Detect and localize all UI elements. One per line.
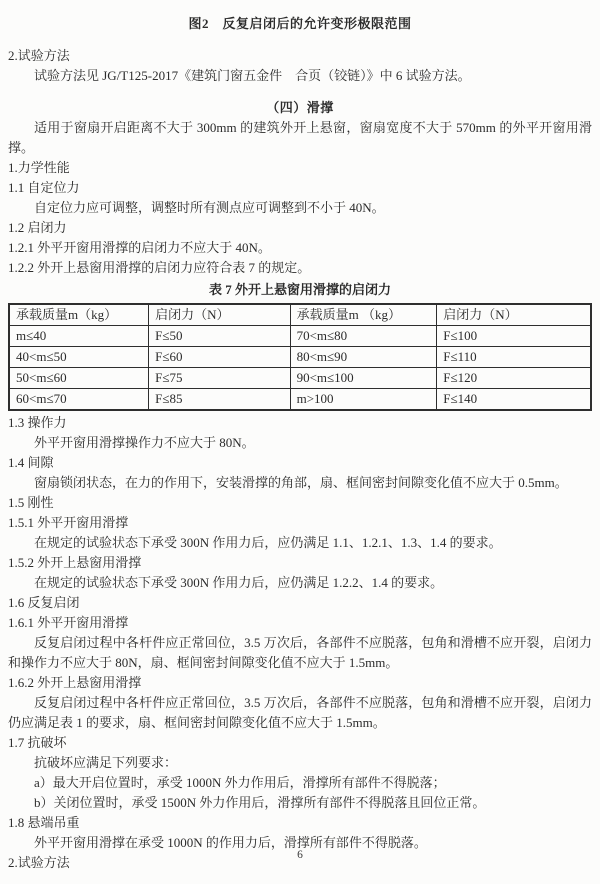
table-cell: m>100: [290, 389, 437, 411]
table-cell: F≤75: [149, 368, 290, 389]
clause-1-2-heading: 1.2 启闭力: [8, 218, 592, 238]
test-method-reference: 试验方法见 JG/T125-2017《建筑门窗五金件 合页（铰链）》中 6 试验…: [8, 66, 592, 86]
table-7: 承载质量m（kg） 启闭力（N） 承载质量m （kg） 启闭力（N） m≤40 …: [8, 303, 592, 411]
page-number: 6: [0, 849, 600, 861]
clause-1-2-2: 1.2.2 外开上悬窗用滑撑的启闭力应符合表 7 的规定。: [8, 258, 592, 278]
table-cell: F≤85: [149, 389, 290, 411]
table-cell: F≤140: [437, 389, 591, 411]
clause-1-5-heading: 1.5 刚性: [8, 493, 592, 513]
clause-1-3-heading: 1.3 操作力: [8, 413, 592, 433]
clause-1-3-body: 外平开窗用滑撑操作力不应大于 80N。: [8, 433, 592, 453]
clause-1-7-item-b: b）关闭位置时，承受 1500N 外力作用后，滑撑所有部件不得脱落且回位正常。: [8, 793, 592, 813]
clause-1-6-2-body: 反复启闭过程中各杆件应正常回位，3.5 万次后，各部件不应脱落，包角和滑槽不应开…: [8, 693, 592, 733]
clause-1-6-heading: 1.6 反复启闭: [8, 593, 592, 613]
table-cell: 70<m≤80: [290, 326, 437, 347]
document-page: 图2 反复启闭后的允许变形极限范围 2.试验方法 试验方法见 JG/T125-2…: [0, 0, 600, 884]
clause-1-1-heading: 1.1 自定位力: [8, 178, 592, 198]
clause-1-6-2-heading: 1.6.2 外开上悬窗用滑撑: [8, 673, 592, 693]
clause-1-2-1: 1.2.1 外平开窗用滑撑的启闭力不应大于 40N。: [8, 238, 592, 258]
table-header-cell: 承载质量m（kg）: [9, 304, 149, 326]
clause-1-5-1-heading: 1.5.1 外平开窗用滑撑: [8, 513, 592, 533]
table-row: 50<m≤60 F≤75 90<m≤100 F≤120: [9, 368, 591, 389]
clause-1-6-1-body: 反复启闭过程中各杆件应正常回位，3.5 万次后，各部件不应脱落，包角和滑槽不应开…: [8, 633, 592, 673]
clause-1-8-heading: 1.8 悬端吊重: [8, 813, 592, 833]
table-cell: 90<m≤100: [290, 368, 437, 389]
table-cell: F≤120: [437, 368, 591, 389]
table-cell: F≤100: [437, 326, 591, 347]
table-header-cell: 启闭力（N）: [437, 304, 591, 326]
section-4-title: （四）滑撑: [8, 98, 592, 118]
table-cell: 80<m≤90: [290, 347, 437, 368]
table-cell: 40<m≤50: [9, 347, 149, 368]
table-7-caption: 表 7 外开上悬窗用滑撑的启闭力: [8, 280, 592, 300]
table-cell: m≤40: [9, 326, 149, 347]
clause-1-7-heading: 1.7 抗破坏: [8, 733, 592, 753]
clause-1-1-body: 自定位力应可调整，调整时所有测点应可调整到不小于 40N。: [8, 198, 592, 218]
clause-1-5-2-body: 在规定的试验状态下承受 300N 作用力后，应仍满足 1.2.2、1.4 的要求…: [8, 573, 592, 593]
table-cell: 50<m≤60: [9, 368, 149, 389]
clause-1-heading: 1.力学性能: [8, 158, 592, 178]
figure-2-caption: 图2 反复启闭后的允许变形极限范围: [8, 14, 592, 34]
table-row: 40<m≤50 F≤60 80<m≤90 F≤110: [9, 347, 591, 368]
section-4-scope: 适用于窗扇开启距离不大于 300mm 的建筑外开上悬窗，窗扇宽度不大于 570m…: [8, 118, 592, 158]
clause-1-4-body: 窗扇锁闭状态，在力的作用下，安装滑撑的角部，扇、框间密封间隙变化值不应大于 0.…: [8, 473, 592, 493]
heading-test-method-top: 2.试验方法: [8, 46, 592, 66]
table-header-row: 承载质量m（kg） 启闭力（N） 承载质量m （kg） 启闭力（N）: [9, 304, 591, 326]
table-row: m≤40 F≤50 70<m≤80 F≤100: [9, 326, 591, 347]
table-cell: F≤50: [149, 326, 290, 347]
table-header-cell: 启闭力（N）: [149, 304, 290, 326]
clause-1-7-item-a: a）最大开启位置时，承受 1000N 外力作用后，滑撑所有部件不得脱落；: [8, 773, 592, 793]
clause-1-7-body: 抗破坏应满足下列要求：: [8, 753, 592, 773]
table-header-cell: 承载质量m （kg）: [290, 304, 437, 326]
table-cell: F≤60: [149, 347, 290, 368]
table-cell: 60<m≤70: [9, 389, 149, 411]
table-cell: F≤110: [437, 347, 591, 368]
clause-1-4-heading: 1.4 间隙: [8, 453, 592, 473]
clause-1-5-1-body: 在规定的试验状态下承受 300N 作用力后，应仍满足 1.1、1.2.1、1.3…: [8, 533, 592, 553]
table-row: 60<m≤70 F≤85 m>100 F≤140: [9, 389, 591, 411]
clause-1-5-2-heading: 1.5.2 外开上悬窗用滑撑: [8, 553, 592, 573]
clause-1-6-1-heading: 1.6.1 外平开窗用滑撑: [8, 613, 592, 633]
